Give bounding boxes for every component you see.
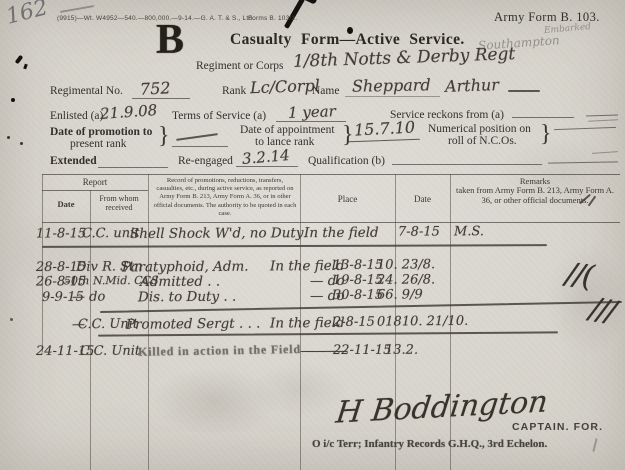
th-record: Record of promotions, reductions, transf… [153,177,297,218]
row-from: C.C. Unit [80,344,140,359]
rule [512,117,574,118]
rule [548,161,618,163]
regiment-label: Regiment or Corps [196,60,284,72]
numerical-label-1: Numerical position on [428,123,531,135]
rule [554,127,616,130]
row-remarks: 66. 9/9 [377,287,423,302]
name-label: Name [312,85,339,97]
row-place: In the field [304,225,379,241]
tally-mark: //( [564,256,595,294]
row-date2: 30-8-15 [333,288,383,303]
terms-value: 1 year [288,102,336,122]
pen-dash [508,90,540,92]
rule [588,119,618,122]
extended-label: Extended [50,155,97,167]
row-date2: 2-8-15 [333,315,375,330]
signature-rank: CAPTAIN. FOR. [512,421,603,433]
header-bottom-border [42,222,620,223]
promotion-label-1: Date of promotion to [50,126,152,138]
enlisted-value: 21.9.08 [99,101,157,123]
promotion-label-2: present rank [70,138,127,150]
row-remarks: 10. 23/8. [377,257,435,272]
row-date2: 19-8-15 [333,273,383,288]
row-date: 11-8-15 [36,226,86,241]
series-letter: B [156,16,184,64]
speck-artifact [11,98,15,102]
row-remarks: 24. 26/8. [377,272,435,287]
row-remarks: 01810. 21/10. [377,314,468,330]
reengaged-value: 3.2.14 [241,146,290,168]
table-row: 11-8-15 C.C. unit Shell Shock W'd, no Du… [42,223,620,246]
rule [276,121,346,122]
speck-artifact [15,55,24,65]
casualty-form-document: 162 (9915)—Wt. W4952—540.—800,000.—9-14.… [0,0,625,470]
th-place: Place [300,194,395,204]
pen-dash [176,133,218,141]
pen-mark [592,438,597,452]
brace-glyph: } [540,121,552,148]
row-record: Dis. to Duty . . [138,289,236,306]
terms-label: Terms of Service (a) [172,110,266,122]
office-stamp: O i/c Terr; Infantry Records G.H.Q., 3rd… [312,438,547,450]
th-date: Date [42,199,90,209]
table-row: 24-11-15 C.C. Unit Killed in action in t… [42,342,620,364]
rule [392,164,542,165]
rank-value: Lc/Corpl [250,76,320,97]
row-record: Shell Shock W'd, no Duty [130,225,304,242]
killed-in-action-stamp: Killed in action in the Field [138,342,301,360]
rule [586,114,618,116]
numerical-label-2: roll of N.C.Os. [448,135,517,147]
row-date2: 7-8-15 [398,224,440,239]
report-divider [42,190,148,191]
rule [98,167,168,168]
row-record: Promoted Sergt . . . [126,316,261,333]
rule [236,166,298,167]
pencil-stroke [60,5,94,13]
row-remarks: M.S. [454,224,484,239]
reengaged-label: Re-engaged [178,155,233,167]
row-date2: 22-11-15 [333,343,391,358]
row-date2: 13-8-15 [333,258,383,273]
speck-artifact [20,142,23,145]
brace-glyph: } [342,122,354,149]
th-report: Report [42,177,148,187]
appointment-value: 15.7.10 [354,117,416,139]
rule [132,98,190,99]
speck-artifact [10,318,13,321]
pencil-page-number: 162 [4,0,51,30]
name-value-surname: Sheppard [352,75,431,95]
forms-reference: Forms B. 103/1. [248,15,297,22]
row-remarks: 13.2. [385,343,418,358]
row-from: — do [72,290,105,305]
name-value-forename: Arthur [445,75,500,96]
regimental-no-value: 752 [140,78,171,99]
row-record: Admitted . . [140,274,220,290]
brace-glyph: } [158,123,170,150]
qualification-label: Qualification (b) [308,155,385,167]
regimental-no-label: Regimental No. [50,85,123,97]
speck-artifact [23,64,28,70]
rule [345,96,440,97]
rank-label: Rank [222,85,246,97]
rule [592,151,618,154]
th-date-2: Date [395,194,450,204]
rule [172,146,228,147]
enlisted-label: Enlisted (a) [50,110,103,122]
table-top-border [42,174,620,175]
speck-artifact [7,136,10,139]
th-from-whom: From whom received [92,194,146,212]
appointment-label-1: Date of appointment [240,124,335,136]
